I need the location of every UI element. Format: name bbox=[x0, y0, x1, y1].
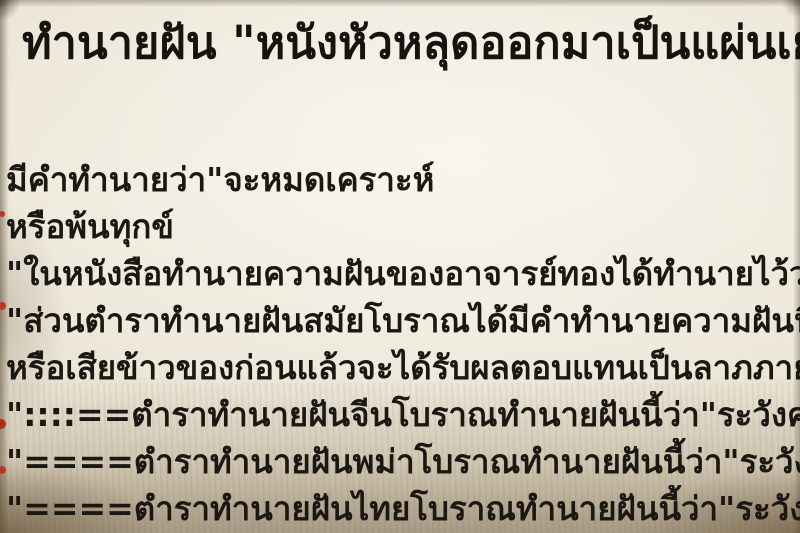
prediction-line-2: หรือพ้นทุกข์ bbox=[6, 203, 800, 250]
prediction-text-block: มีคำทำนายว่า"จะหมดเคราะห์ หรือพ้นทุกข์ "… bbox=[6, 156, 800, 532]
prediction-line-1: มีคำทำนายว่า"จะหมดเคราะห์ bbox=[6, 156, 800, 203]
aged-paper-page: ทำนายฝัน "หนังหัวหลุดออกมาเป็นแผ่นเยอะ ม… bbox=[0, 0, 800, 533]
prediction-line-5: หรือเสียข้าวของก่อนแล้วจะได้รับผลตอบแทนเ… bbox=[6, 344, 800, 391]
prediction-line-3: "ในหนังสือทำนายความฝันของอาจารย์ทองได้ทำ… bbox=[6, 250, 800, 297]
page-title: ทำนายฝัน "หนังหัวหลุดออกมาเป็นแผ่นเยอะ bbox=[22, 12, 800, 74]
prediction-line-6: "::::==ตำราทำนายฝันจีนโบราณทำนายฝันนี้ว่… bbox=[6, 391, 800, 438]
prediction-line-4: "ส่วนตำราทำนายฝันสมัยโบราณได้มีคำทำนายคว… bbox=[6, 297, 800, 344]
prediction-line-8-clipped: "====ตำราทำนายฝันไทยโบราณทำนายฝันนี้ว่า"… bbox=[6, 485, 800, 532]
prediction-line-7: "====ตำราทำนายฝันพม่าโบราณทำนายฝันนี้ว่า… bbox=[6, 438, 800, 485]
